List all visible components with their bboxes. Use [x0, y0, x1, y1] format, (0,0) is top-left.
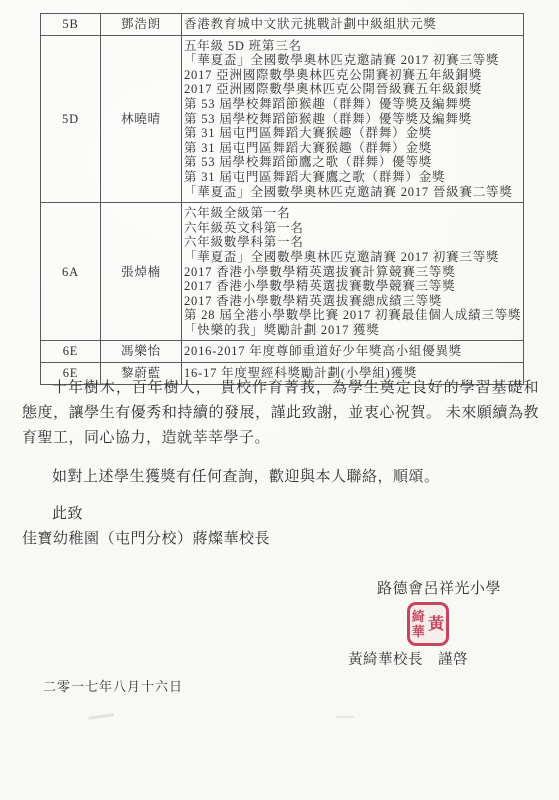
table-row: 6A張焯楠六年級全級第一名六年級英文科第一名六年級數學科第一名「華夏盃」全國數學…: [41, 203, 524, 341]
awards-table: 5B鄧浩朗香港教育城中文狀元挑戰計劃中級組狀元獎5D林曉晴五年級 5D 班第三名…: [40, 13, 524, 385]
award-line: 第 28 屆全港小學數學比賽 2017 初賽最佳個人成績三等獎: [184, 308, 521, 323]
seal-right-character: 黃: [428, 617, 444, 632]
award-line: 2017 香港小學數學精英選拔賽總成績三等獎: [184, 294, 521, 309]
award-line: 2017 香港小學數學精英選拔賽數學競賽三等獎: [184, 279, 521, 294]
award-line: 六年級英文科第一名: [184, 221, 521, 236]
awards-cell: 五年級 5D 班第三名「華夏盃」全國數學奧林匹克邀請賽 2017 初賽三等獎20…: [182, 35, 524, 203]
seal-left-bottom-character: 華: [412, 624, 425, 639]
scan-smudge: [88, 713, 114, 720]
letter-paragraph-2: 如對上述學生獲獎有任何查詢，歡迎與本人聯絡，順頌。: [22, 465, 539, 490]
award-line: 「華夏盃」全國數學奧林匹克邀請賽 2017 初賽三等獎: [184, 53, 521, 68]
class-cell: 6A: [41, 203, 101, 341]
awards-cell: 2016-2017 年度尊師重道好少年獎高小組優異獎: [182, 341, 524, 363]
award-line: 2016-2017 年度尊師重道好少年獎高小組優異獎: [184, 344, 521, 359]
award-line: 第 31 屆屯門區舞蹈大賽猴趣（群舞）金獎: [184, 141, 521, 156]
scanned-letter-page: 5B鄧浩朗香港教育城中文狀元挑戰計劃中級組狀元獎5D林曉晴五年級 5D 班第三名…: [0, 0, 559, 800]
award-line: 「華夏盃」全國數學奧林匹克邀請賽 2017 晉級賽二等獎: [184, 185, 521, 200]
table-row: 5B鄧浩朗香港教育城中文狀元挑戰計劃中級組狀元獎: [41, 14, 524, 36]
awards-cell: 六年級全級第一名六年級英文科第一名六年級數學科第一名「華夏盃」全國數學奧林匹克邀…: [182, 203, 524, 341]
class-cell: 6E: [41, 341, 101, 363]
letter-date: 二零一七年八月十六日: [43, 676, 183, 695]
seal-left-top-character: 綺: [412, 609, 425, 624]
letter-paragraph-1: 十年樹木，百年樹人， 貴校作育菁莪，為學生奠定良好的學習基礎和態度，讓學生有優秀…: [22, 376, 539, 451]
letter-salutation: 此致: [22, 502, 539, 527]
table-row: 5D林曉晴五年級 5D 班第三名「華夏盃」全國數學奧林匹克邀請賽 2017 初賽…: [41, 35, 524, 203]
letter-recipient: 佳寶幼稚園（屯門分校）蔣燦華校長: [22, 527, 539, 552]
signer-name: 黃綺華校長 謹啓: [348, 648, 468, 669]
award-line: 五年級 5D 班第三名: [184, 39, 521, 54]
award-line: 香港教育城中文狀元挑戰計劃中級組狀元獎: [184, 17, 521, 32]
class-cell: 5D: [41, 35, 101, 203]
school-seal-stamp: 黃 綺 華: [407, 602, 449, 646]
student-name-cell: 鄧浩朗: [101, 14, 182, 36]
student-name-cell: 馮樂怡: [101, 341, 182, 363]
awards-cell: 香港教育城中文狀元挑戰計劃中級組狀元獎: [182, 14, 524, 36]
letter-body: 十年樹木，百年樹人， 貴校作育菁莪，為學生奠定良好的學習基礎和態度，讓學生有優秀…: [22, 376, 539, 552]
award-line: 第 53 屆學校舞蹈節鷹之歌（群舞）優等獎: [184, 155, 521, 170]
class-cell: 5B: [41, 14, 101, 36]
award-line: 2017 亞洲國際數學奧林匹克公開賽初賽五年級銅獎: [184, 68, 521, 83]
award-line: 「快樂的我」獎勵計劃 2017 獲獎: [184, 323, 521, 338]
award-line: 2017 香港小學數學精英選拔賽計算競賽三等獎: [184, 265, 521, 280]
student-name-cell: 張焯楠: [101, 203, 182, 341]
school-name: 路德會呂祥光小學: [377, 577, 501, 598]
award-line: 第 31 屆屯門區舞蹈大賽猴趣（群舞）金獎: [184, 126, 521, 141]
seal-left-column: 綺 華: [412, 609, 425, 639]
student-name-cell: 林曉晴: [101, 35, 182, 203]
scan-smudge: [336, 716, 354, 718]
award-line: 2017 亞洲國際數學奧林匹克公開晉級賽五年級銀獎: [184, 82, 521, 97]
award-line: 第 53 屆學校舞蹈節猴趣（群舞）優等獎及編舞獎: [184, 112, 521, 127]
award-line: 第 53 屆學校舞蹈節猴趣（群舞）優等獎及編舞獎: [184, 97, 521, 112]
award-line: 第 31 屆屯門區舞蹈大賽鷹之歌（群舞）金獎: [184, 170, 521, 185]
table-row: 6E馮樂怡2016-2017 年度尊師重道好少年獎高小組優異獎: [41, 341, 524, 363]
award-line: 六年級全級第一名: [184, 206, 521, 221]
awards-table-body: 5B鄧浩朗香港教育城中文狀元挑戰計劃中級組狀元獎5D林曉晴五年級 5D 班第三名…: [41, 14, 524, 385]
award-line: 「華夏盃」全國數學奧林匹克邀請賽 2017 初賽三等獎: [184, 250, 521, 265]
award-line: 六年級數學科第一名: [184, 235, 521, 250]
